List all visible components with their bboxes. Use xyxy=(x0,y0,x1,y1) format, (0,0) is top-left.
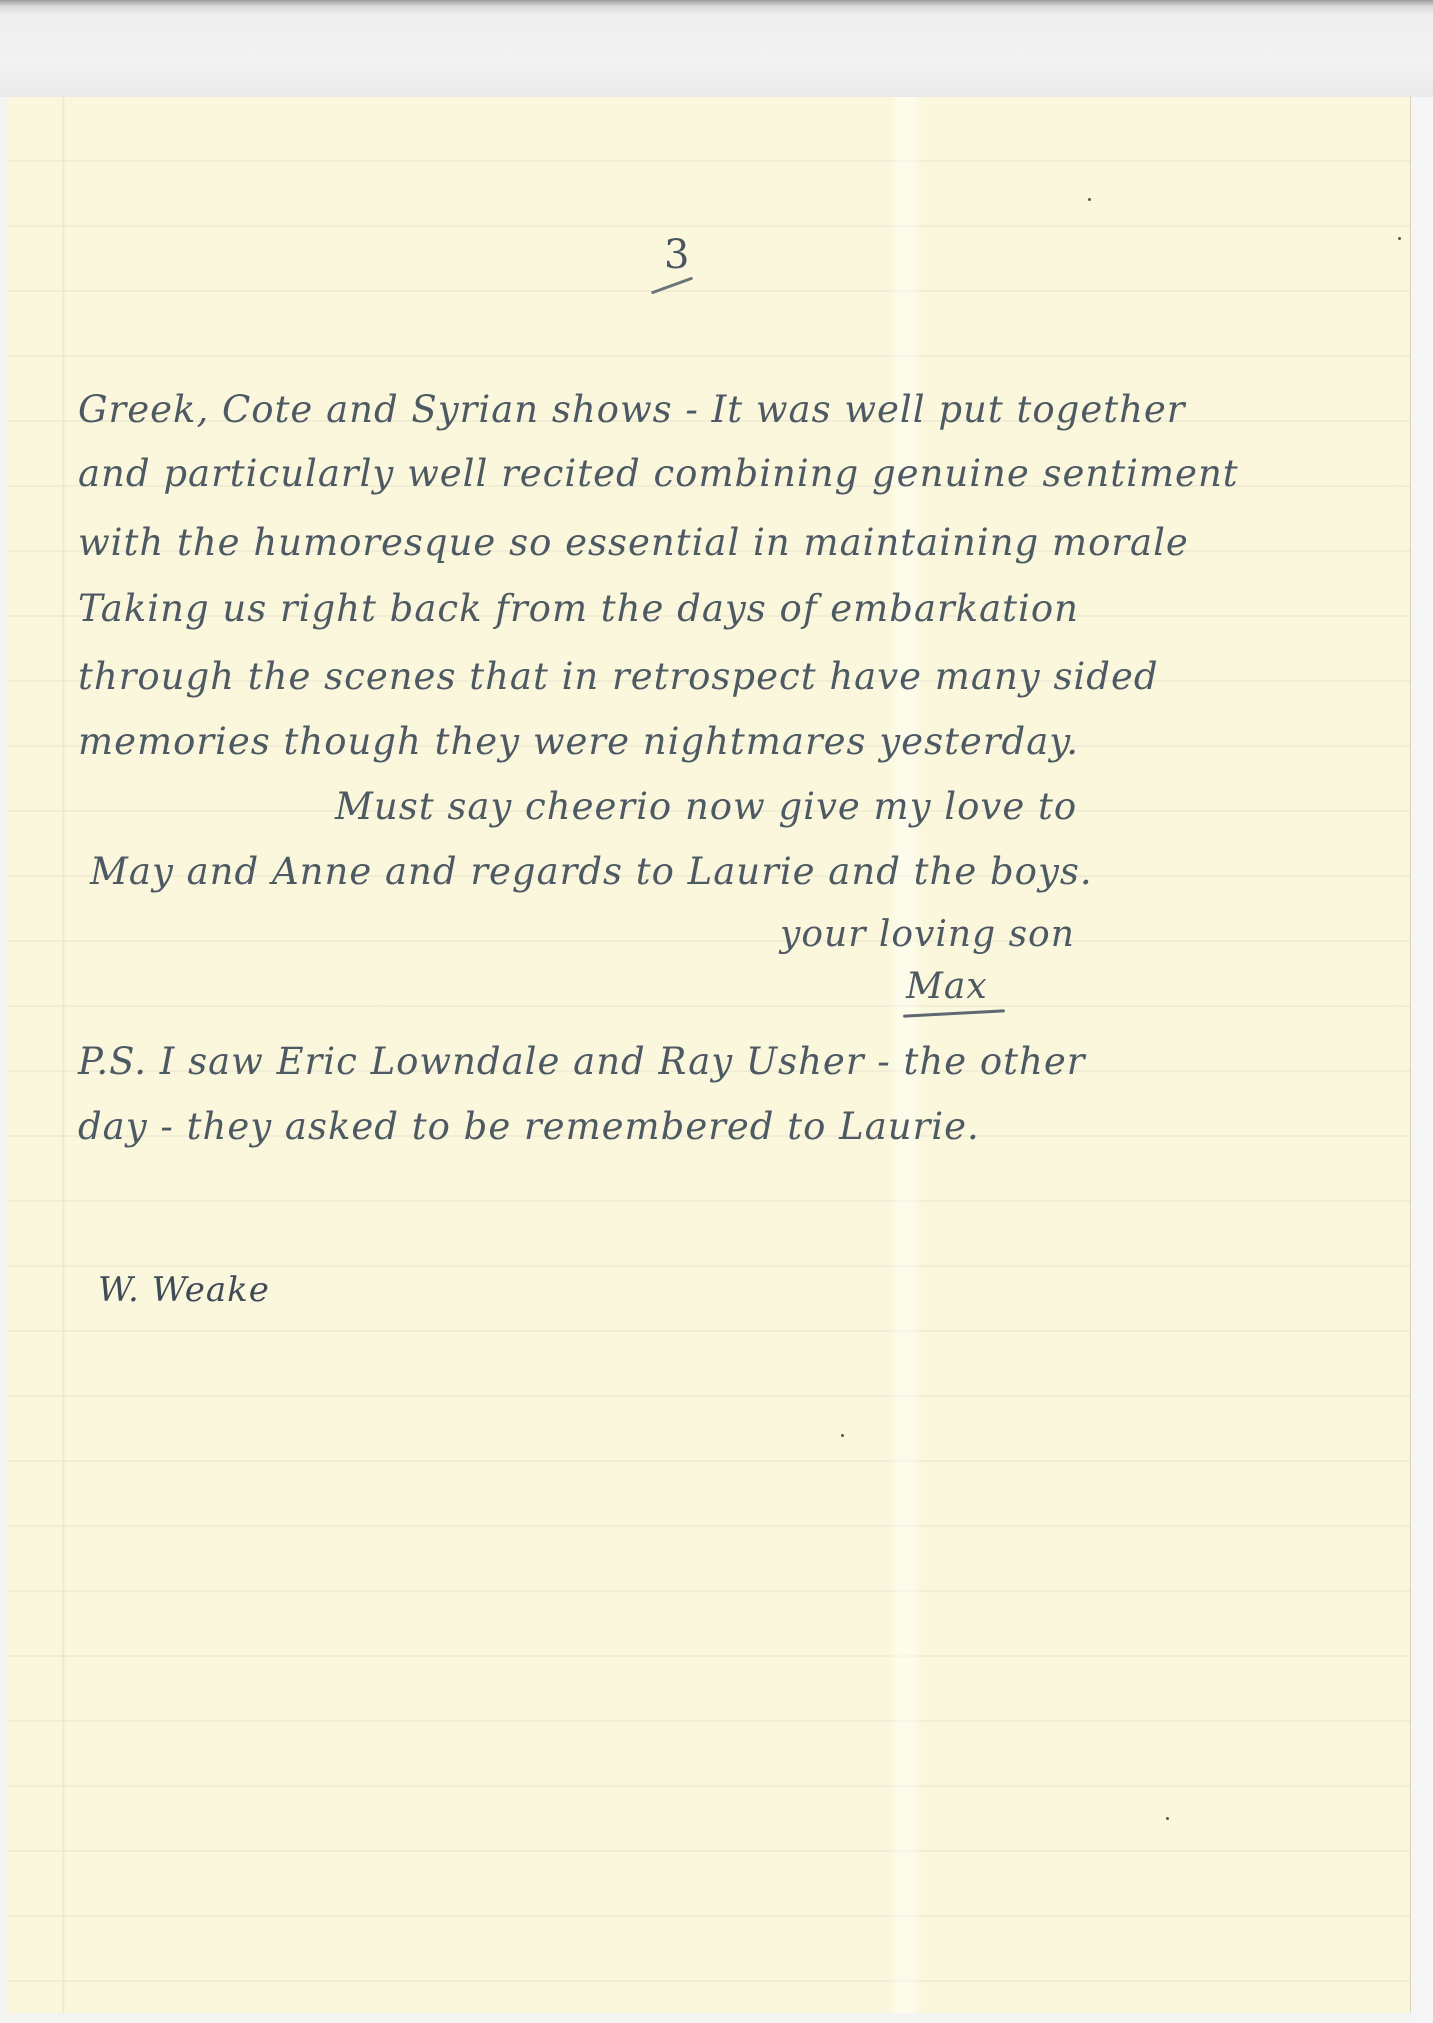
paper-speck xyxy=(841,1434,844,1437)
letter-line-2: and particularly well recited combining … xyxy=(78,452,1239,495)
scanner-background-right xyxy=(1410,97,1433,2023)
archive-annotation: W. Weake xyxy=(98,1270,270,1310)
valediction: your loving son xyxy=(780,914,1075,955)
page-number: 3 xyxy=(664,232,690,278)
letter-line-6: memories though they were nightmares yes… xyxy=(78,720,1079,763)
scanner-background-top xyxy=(0,0,1433,97)
postscript-line-2: day - they asked to be remembered to Lau… xyxy=(78,1105,980,1148)
letter-line-1: Greek, Cote and Syrian shows - It was we… xyxy=(78,388,1186,431)
letter-line-7: Must say cheerio now give my love to xyxy=(335,785,1077,828)
paper-speck xyxy=(1166,1817,1169,1820)
letter-line-3: with the humoresque so essential in main… xyxy=(78,521,1189,564)
letter-line-5: through the scenes that in retrospect ha… xyxy=(78,655,1159,698)
signature: Max xyxy=(906,966,988,1007)
paper-speck xyxy=(1398,237,1401,240)
postscript-line-1: P.S. I saw Eric Lowndale and Ray Usher -… xyxy=(78,1040,1085,1083)
paper-speck xyxy=(1088,198,1091,201)
letter-line-4: Taking us right back from the days of em… xyxy=(78,587,1079,630)
letter-line-8: May and Anne and regards to Laurie and t… xyxy=(90,850,1093,893)
